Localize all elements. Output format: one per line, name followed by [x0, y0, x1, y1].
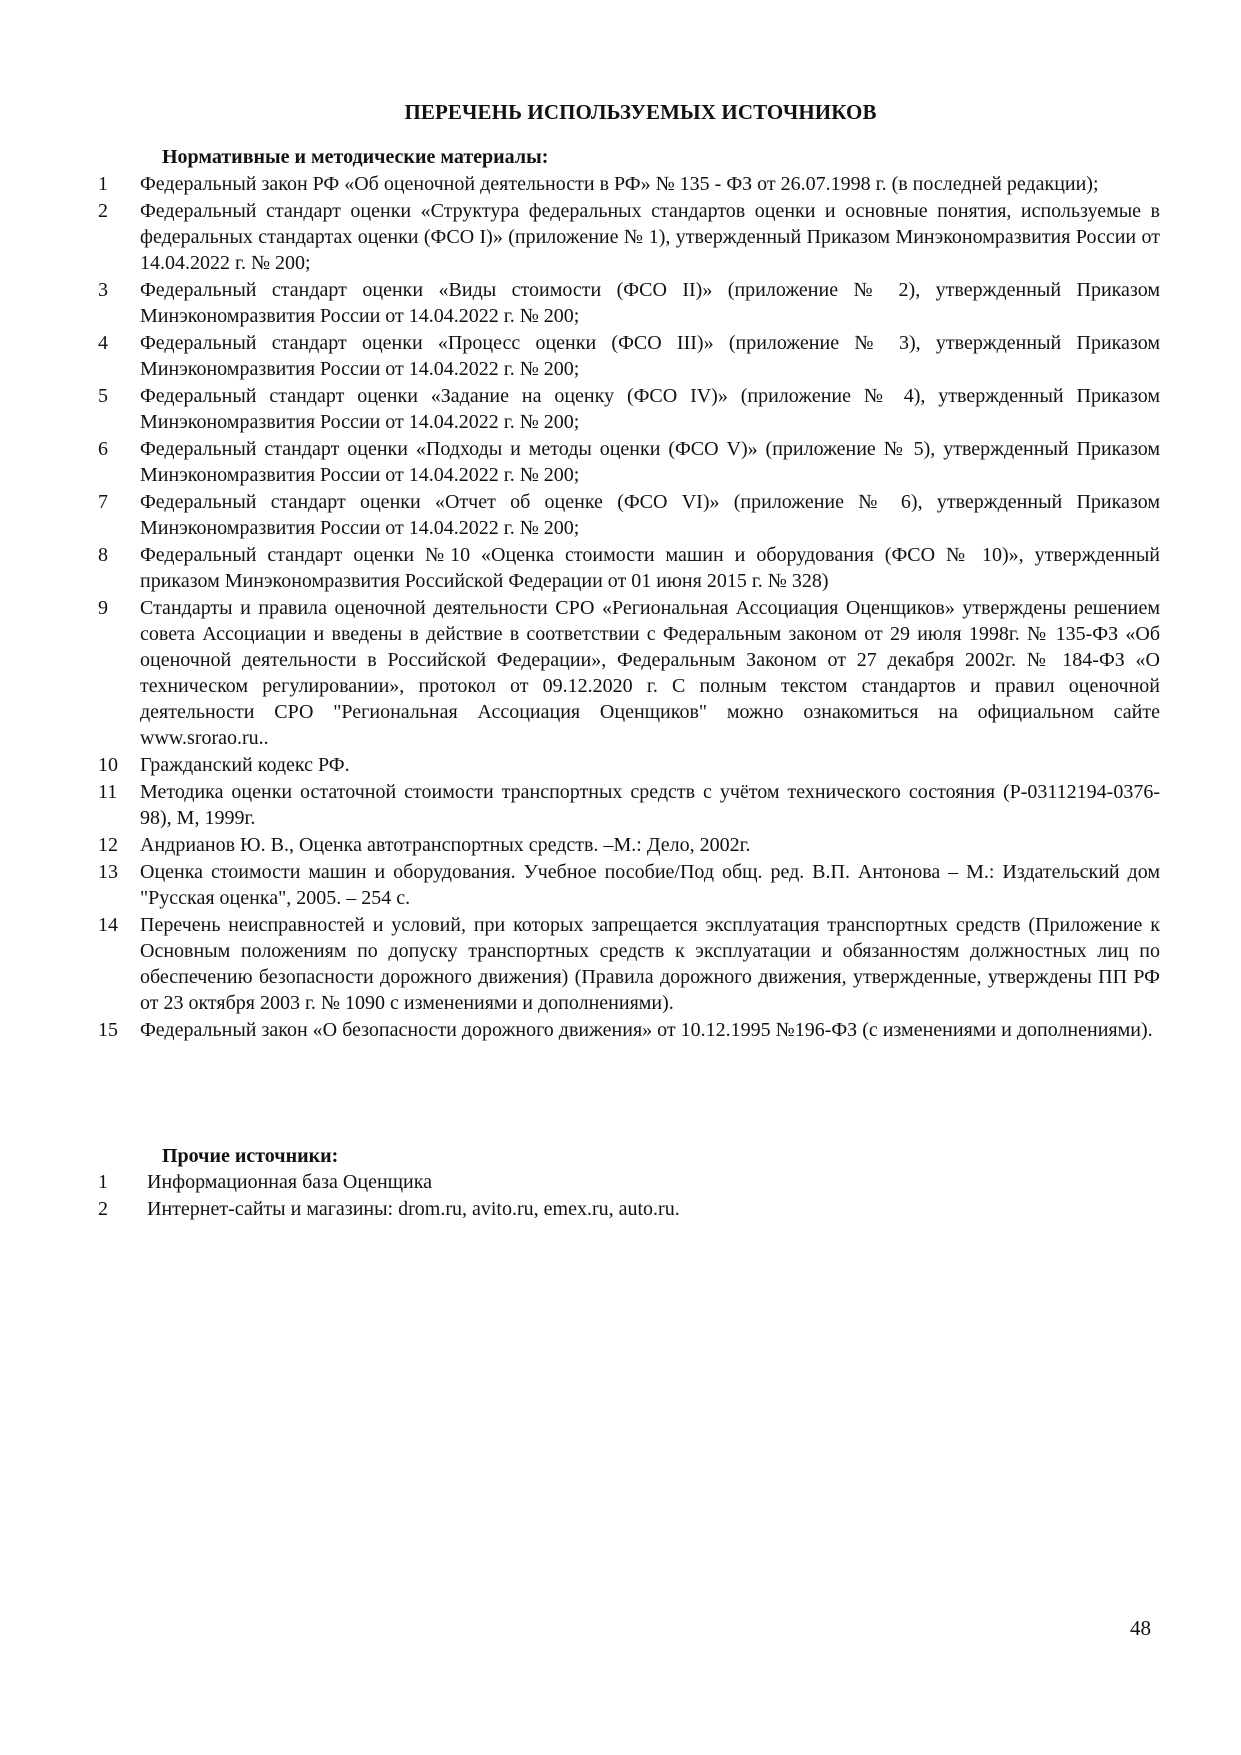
- item-number: 1: [98, 171, 140, 197]
- item-text: Федеральный стандарт оценки «Виды стоимо…: [140, 277, 1160, 329]
- page-number: 48: [1130, 1616, 1151, 1641]
- item-text: Методика оценки остаточной стоимости тра…: [140, 779, 1160, 831]
- other-sources-list: 1Информационная база Оценщика 2Интернет-…: [98, 1169, 1160, 1223]
- item-number: 9: [98, 595, 140, 751]
- item-number: 8: [98, 542, 140, 594]
- item-text: Андрианов Ю. В., Оценка автотранспортных…: [140, 832, 1160, 858]
- list-item: 5Федеральный стандарт оценки «Задание на…: [98, 383, 1160, 435]
- list-item: 9Стандарты и правила оценочной деятельно…: [98, 595, 1160, 751]
- item-text: Федеральный стандарт оценки «Процесс оце…: [140, 330, 1160, 382]
- item-text: Федеральный стандарт оценки «Отчет об оц…: [140, 489, 1160, 541]
- item-text: Федеральный закон РФ «Об оценочной деяте…: [140, 171, 1160, 197]
- item-text: Федеральный стандарт оценки №10 «Оценка …: [140, 542, 1160, 594]
- list-item: 6Федеральный стандарт оценки «Подходы и …: [98, 436, 1160, 488]
- item-number: 11: [98, 779, 140, 831]
- document-page: ПЕРЕЧЕНЬ ИСПОЛЬЗУЕМЫХ ИСТОЧНИКОВ Нормати…: [0, 0, 1241, 1755]
- item-number: 3: [98, 277, 140, 329]
- list-item: 4Федеральный стандарт оценки «Процесс оц…: [98, 330, 1160, 382]
- item-number: 12: [98, 832, 140, 858]
- list-item: 10Гражданский кодекс РФ.: [98, 752, 1160, 778]
- section-heading-other: Прочие источники:: [162, 1145, 338, 1168]
- item-number: 6: [98, 436, 140, 488]
- normative-sources-list: 1Федеральный закон РФ «Об оценочной деят…: [98, 171, 1160, 1044]
- item-number: 1: [98, 1169, 147, 1195]
- list-item: 12Андрианов Ю. В., Оценка автотранспортн…: [98, 832, 1160, 858]
- item-text: Стандарты и правила оценочной деятельнос…: [140, 595, 1160, 751]
- item-number: 2: [98, 1196, 147, 1222]
- item-number: 4: [98, 330, 140, 382]
- item-text: Федеральный стандарт оценки «Структура ф…: [140, 198, 1160, 276]
- list-item: 7Федеральный стандарт оценки «Отчет об о…: [98, 489, 1160, 541]
- item-text: Оценка стоимости машин и оборудования. У…: [140, 859, 1160, 911]
- item-text: Информационная база Оценщика: [147, 1169, 1160, 1195]
- list-item: 8Федеральный стандарт оценки №10 «Оценка…: [98, 542, 1160, 594]
- item-text: Гражданский кодекс РФ.: [140, 752, 1160, 778]
- list-item: 13Оценка стоимости машин и оборудования.…: [98, 859, 1160, 911]
- list-item: 11Методика оценки остаточной стоимости т…: [98, 779, 1160, 831]
- item-number: 7: [98, 489, 140, 541]
- item-number: 15: [98, 1017, 140, 1043]
- list-item: 1Информационная база Оценщика: [98, 1169, 1160, 1195]
- list-item: 2Федеральный стандарт оценки «Структура …: [98, 198, 1160, 276]
- list-item: 14Перечень неисправностей и условий, при…: [98, 912, 1160, 1016]
- item-text: Федеральный стандарт оценки «Задание на …: [140, 383, 1160, 435]
- list-item: 1Федеральный закон РФ «Об оценочной деят…: [98, 171, 1160, 197]
- item-text: Федеральный стандарт оценки «Подходы и м…: [140, 436, 1160, 488]
- item-number: 5: [98, 383, 140, 435]
- page-title: ПЕРЕЧЕНЬ ИСПОЛЬЗУЕМЫХ ИСТОЧНИКОВ: [0, 100, 1241, 125]
- list-item: 15Федеральный закон «О безопасности доро…: [98, 1017, 1160, 1043]
- section-heading-normative: Нормативные и методические материалы:: [162, 146, 548, 169]
- list-item: 2Интернет-сайты и магазины: drom.ru, avi…: [98, 1196, 1160, 1222]
- item-number: 10: [98, 752, 140, 778]
- item-number: 13: [98, 859, 140, 911]
- item-number: 2: [98, 198, 140, 276]
- item-number: 14: [98, 912, 140, 1016]
- item-text: Интернет-сайты и магазины: drom.ru, avit…: [147, 1196, 1160, 1222]
- item-text: Перечень неисправностей и условий, при к…: [140, 912, 1160, 1016]
- list-item: 3Федеральный стандарт оценки «Виды стоим…: [98, 277, 1160, 329]
- item-text: Федеральный закон «О безопасности дорожн…: [140, 1017, 1160, 1043]
